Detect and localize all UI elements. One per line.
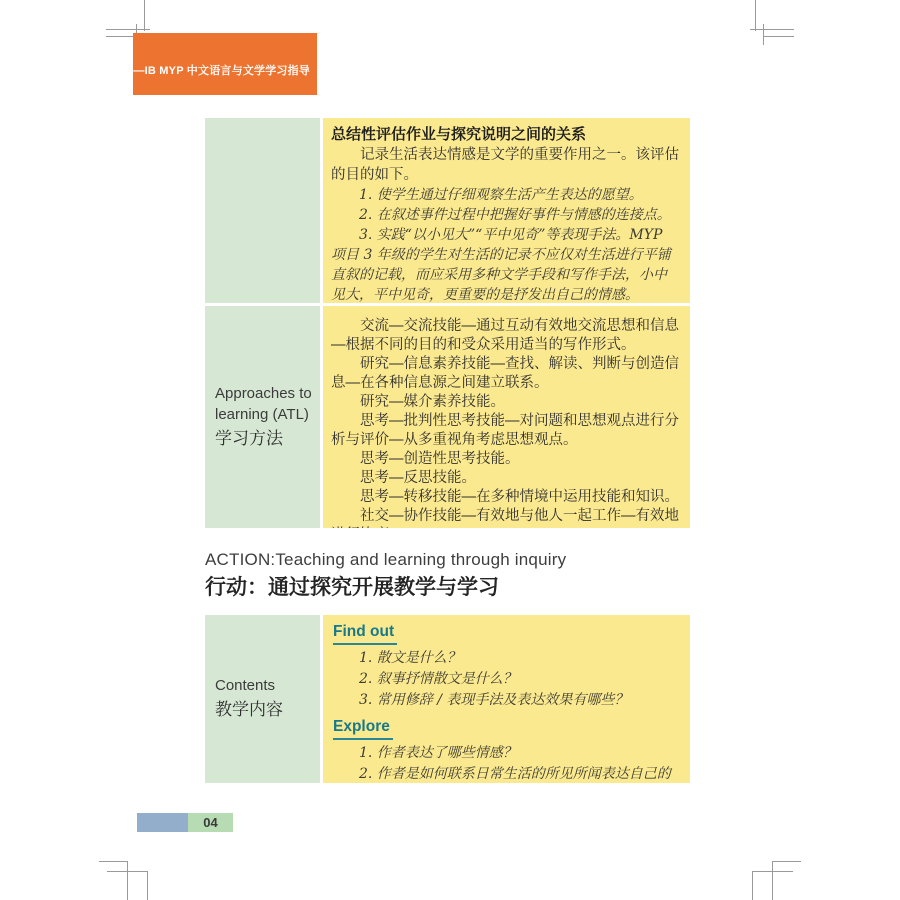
atl-skill-item: 研究—媒介素养技能。 xyxy=(331,393,680,412)
atl-skill-item: 思考—反思技能。 xyxy=(331,469,680,488)
explore-label: Explore xyxy=(333,718,393,740)
contents-cell: Find out 1. 散文是什么？ 2. 叙事抒情散文是什么？ 3. 常用修辞… xyxy=(323,615,690,783)
atl-skill-item: 思考—创造性思考技能。 xyxy=(331,450,680,469)
atl-header-en-line1: Approaches to xyxy=(215,383,320,404)
unit-plan-table: 总结性评估作业与探究说明之间的关系 记录生活表达情感是文学的重要作用之一。该评估… xyxy=(205,118,690,528)
summative-intro: 记录生活表达情感是文学的重要作用之一。该评估的目的如下。 xyxy=(331,145,680,185)
action-heading-en: ACTION:Teaching and learning through inq… xyxy=(205,549,566,571)
contents-header-en: Contents xyxy=(215,675,320,696)
atl-row-header: Approaches to learning (ATL) 学习方法 xyxy=(205,306,320,528)
summative-item: 3. 实践“以小见大”“平中见奇”等表现手法。MYP 项目 3 年级的学生对生活… xyxy=(331,225,680,303)
footer-page-number-block: 04 xyxy=(188,813,233,832)
table-row-atl: Approaches to learning (ATL) 学习方法 交流—交流技… xyxy=(205,306,690,528)
footer-blue-block xyxy=(137,813,188,832)
find-out-item: 3. 常用修辞 / 表现手法及表达效果有哪些？ xyxy=(331,690,680,711)
atl-skill-item: 研究—信息素养技能—查找、解读、判断与创造信息—在各种信息源之间建立联系。 xyxy=(331,355,680,393)
action-section-heading: ACTION:Teaching and learning through inq… xyxy=(205,549,566,601)
book-title: 融合——IB MYP 中文语言与文学学习指导 xyxy=(133,62,310,78)
summative-assessment-cell: 总结性评估作业与探究说明之间的关系 记录生活表达情感是文学的重要作用之一。该评估… xyxy=(323,118,690,303)
summative-title: 总结性评估作业与探究说明之间的关系 xyxy=(331,124,680,145)
atl-skill-item: 思考—转移技能—在多种情境中运用技能和知识。 xyxy=(331,488,680,507)
atl-header-en-line2: learning (ATL) xyxy=(215,404,320,425)
contents-table: Contents 教学内容 Find out 1. 散文是什么？ 2. 叙事抒情… xyxy=(205,615,690,783)
atl-skill-item: 交流—交流技能—通过互动有效地交流思想和信息—根据不同的目的和受众采用适当的写作… xyxy=(331,317,680,355)
table-row-summative: 总结性评估作业与探究说明之间的关系 记录生活表达情感是文学的重要作用之一。该评估… xyxy=(205,118,690,303)
page-number: 04 xyxy=(203,815,217,830)
action-heading-zh: 行动：通过探究开展教学与学习 xyxy=(205,575,566,601)
atl-skills-cell: 交流—交流技能—通过互动有效地交流思想和信息—根据不同的目的和受众采用适当的写作… xyxy=(323,306,690,528)
table-row-contents: Contents 教学内容 Find out 1. 散文是什么？ 2. 叙事抒情… xyxy=(205,615,690,783)
find-out-label: Find out xyxy=(333,623,397,645)
explore-item: 1. 作者表达了哪些情感？ xyxy=(331,743,680,764)
contents-header-zh: 教学内容 xyxy=(215,696,320,723)
atl-header-zh: 学习方法 xyxy=(215,425,320,452)
atl-skill-item: 思考—批判性思考技能—对问题和思想观点进行分析与评价—从多重视角考虑思想观点。 xyxy=(331,412,680,450)
find-out-item: 1. 散文是什么？ xyxy=(331,648,680,669)
summative-item: 1. 使学生通过仔细观察生活产生表达的愿望。 xyxy=(331,185,680,205)
summative-item: 2. 在叙述事件过程中把握好事件与情感的连接点。 xyxy=(331,205,680,225)
contents-row-header: Contents 教学内容 xyxy=(205,615,320,783)
atl-skill-item: 社交—协作技能—有效地与他人一起工作—有效地进行协商。 xyxy=(331,507,680,528)
row-header-cell-empty xyxy=(205,118,320,303)
book-header-banner: 融合——IB MYP 中文语言与文学学习指导 xyxy=(133,33,317,95)
explore-item: 2. 作者是如何联系日常生活的所见所闻表达自己的情感的？ xyxy=(331,764,680,783)
find-out-item: 2. 叙事抒情散文是什么？ xyxy=(331,669,680,690)
